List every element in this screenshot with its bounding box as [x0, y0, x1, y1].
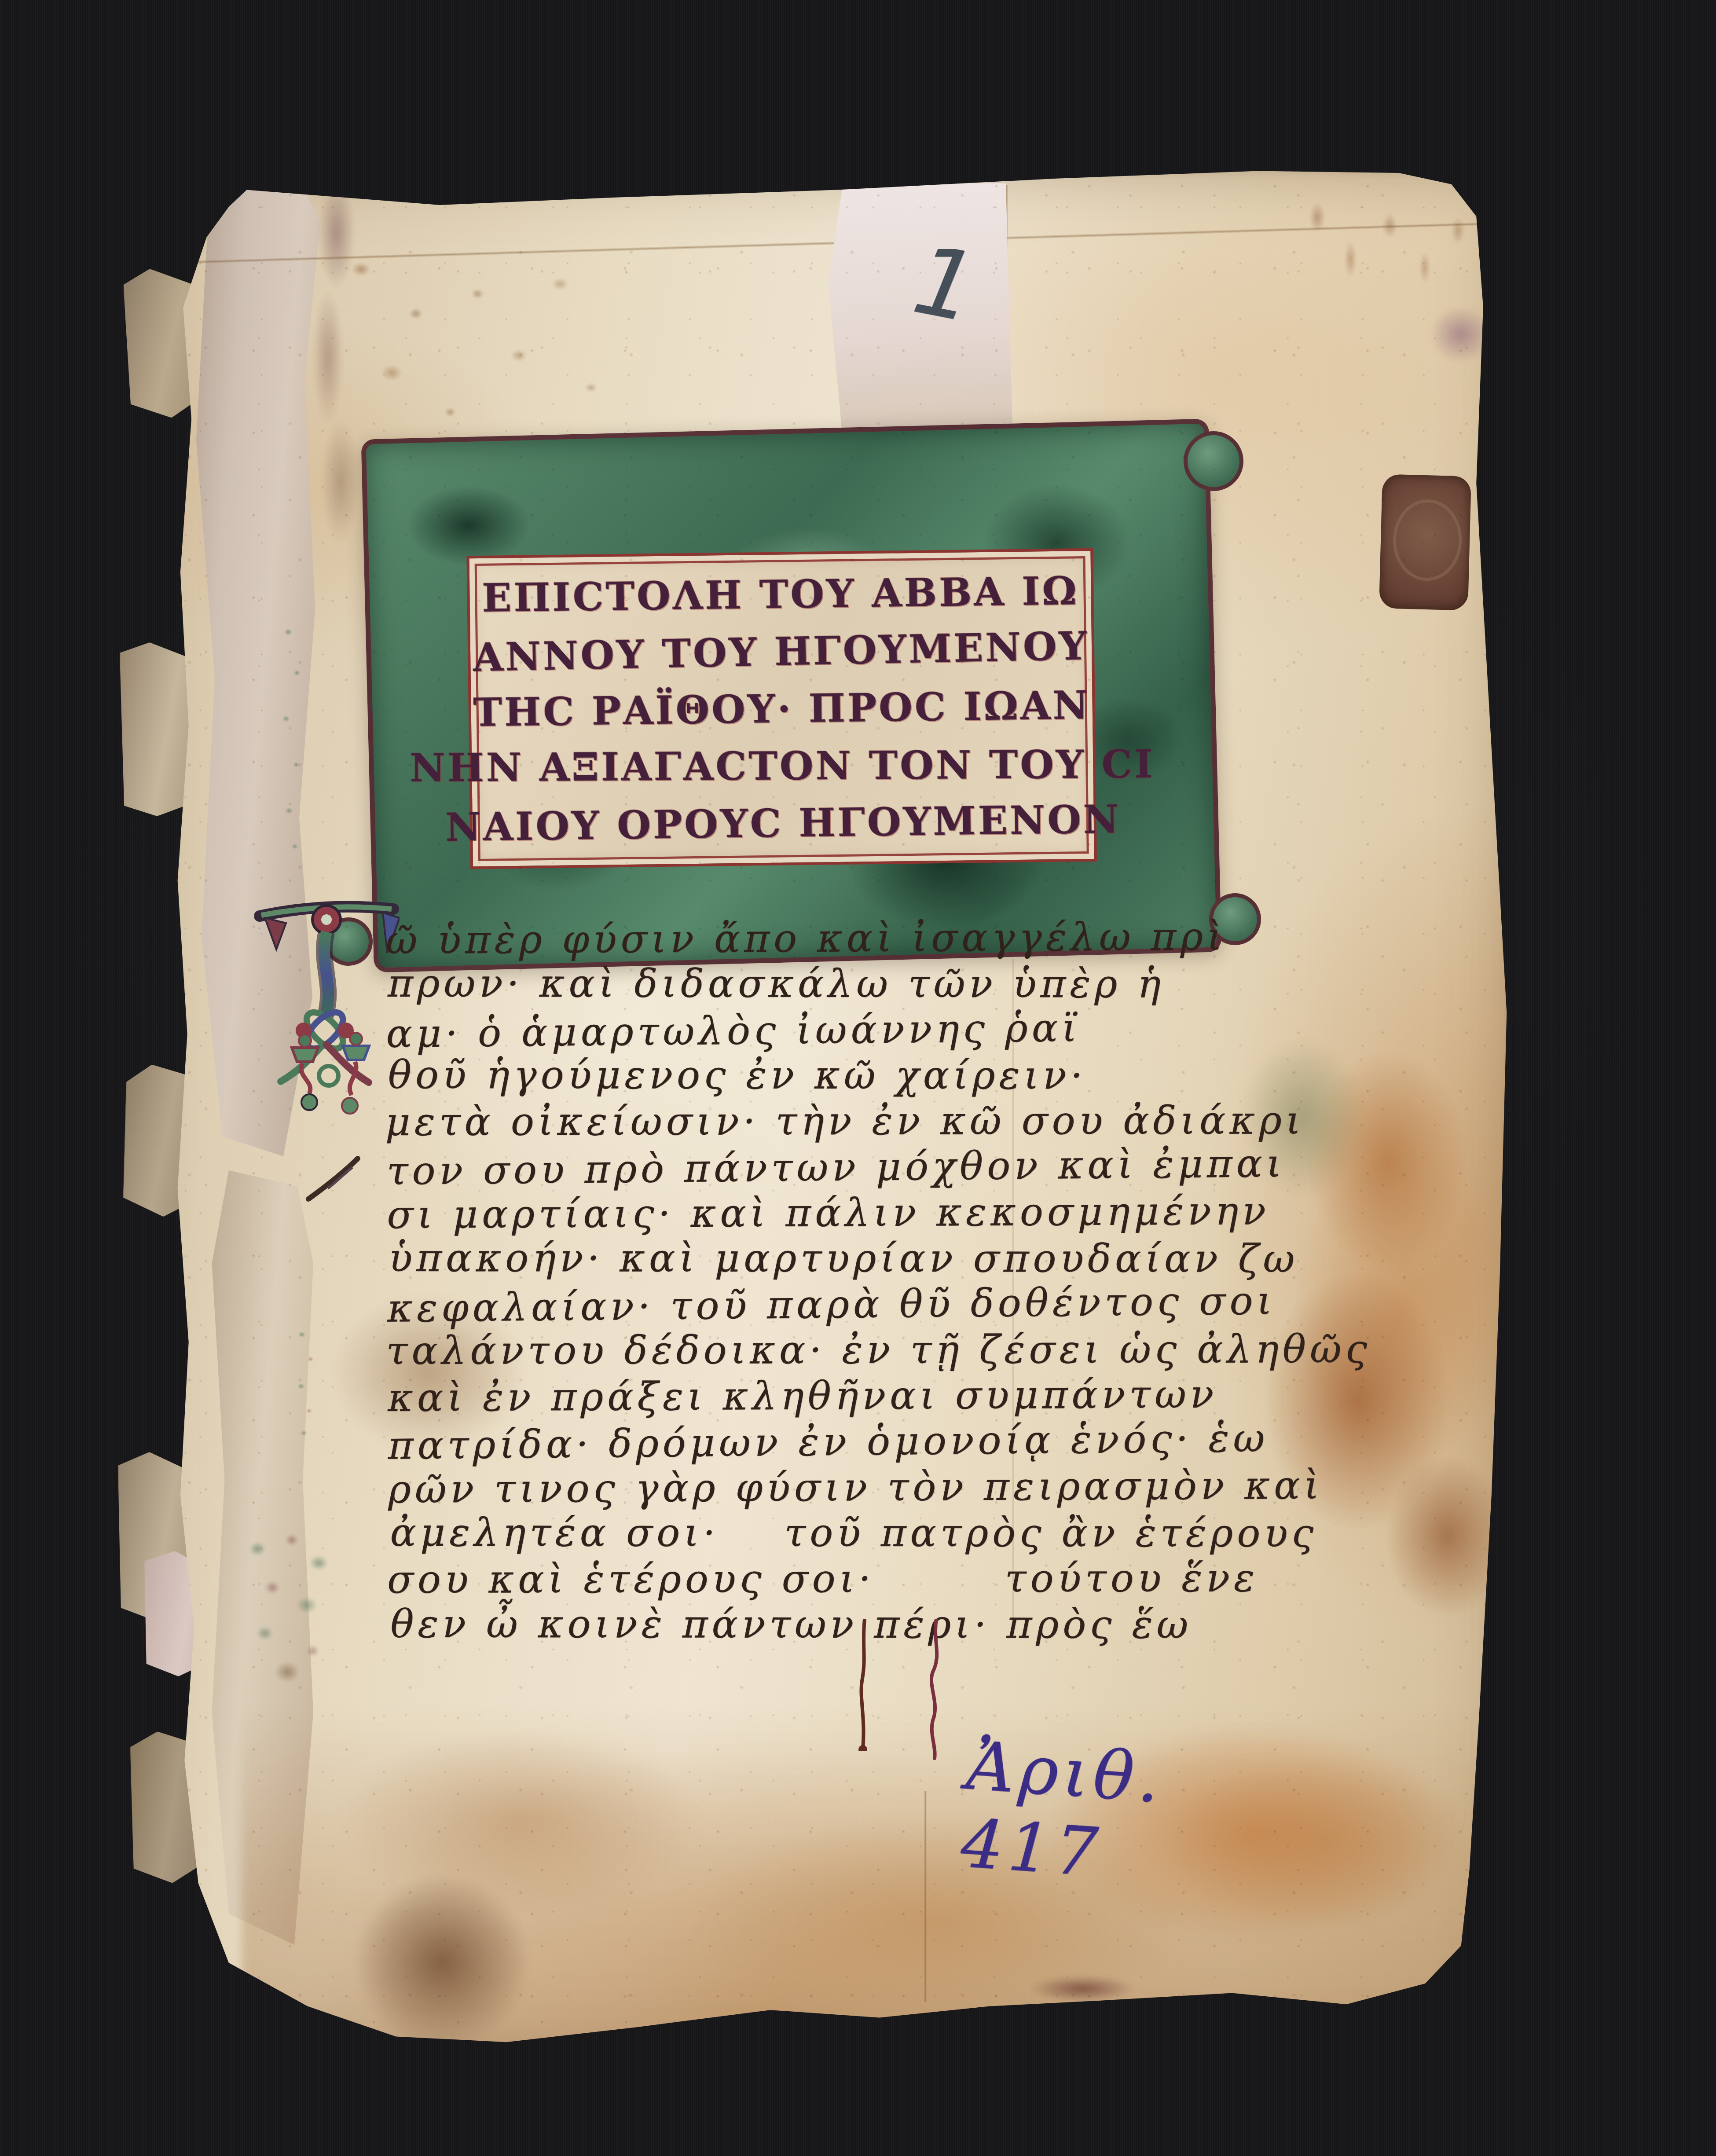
spine-stub: [120, 642, 194, 816]
manuscript-page: 1 ΕΠΙCΤΟΛΗ ΤΟΥ ΑΒΒΑ ΙΩ ΑΝΝΟΥ ΤΟΥ ΗΓΟΥΜΕΝ…: [132, 167, 1514, 2059]
photograph-backdrop: { "document": { "folio_number": "1", "sh…: [0, 0, 1716, 2156]
parchment-texture-overlay: [132, 167, 1514, 2059]
